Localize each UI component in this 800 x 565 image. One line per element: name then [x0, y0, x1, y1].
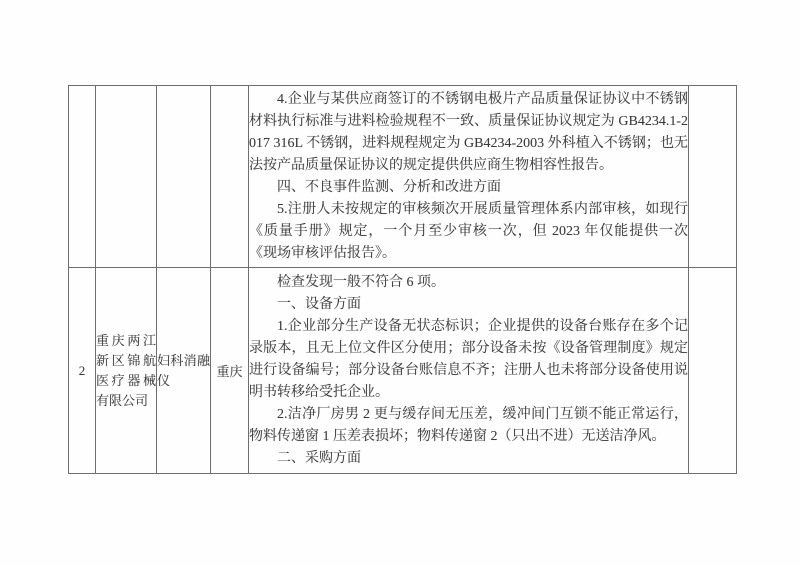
row2-region-cell: 重庆 [211, 268, 249, 474]
row2-index-cell: 2 [69, 268, 96, 474]
inspection-table-wrapper: 4.企业与某供应商签订的不锈钢电极片产品质量保证协议中不锈钢材料执行标准与进料检… [68, 85, 736, 473]
finding-paragraph: 5.注册人未按规定的审核频次开展质量管理体系内部审核，如现行《质量手册》规定，一… [249, 199, 688, 265]
row1-index-cell [69, 86, 96, 268]
finding-section-heading: 四、不良事件监测、分析和改进方面 [249, 177, 688, 199]
finding-paragraph: 4.企业与某供应商签订的不锈钢电极片产品质量保证协议中不锈钢材料执行标准与进料检… [249, 89, 688, 177]
document-page: 4.企业与某供应商签订的不锈钢电极片产品质量保证协议中不锈钢材料执行标准与进料检… [0, 0, 800, 565]
row2-findings-cell: 检查发现一般不符合 6 项。 一、设备方面 1.企业部分生产设备无状态标识；企业… [249, 268, 689, 474]
finding-section-heading: 一、设备方面 [249, 294, 688, 316]
row2-product-cell: 妇科消融仪 [157, 268, 211, 474]
table-row-entry-2: 2 重庆两江新区锦航医疗器械有限公司 妇科消融仪 重庆 检查发现一般不符合 6 … [69, 268, 737, 474]
finding-paragraph: 2.洁净厂房男 2 更与缓存间无压差，缓冲间门互锁不能正常运行，物料传递窗 1 … [249, 404, 688, 448]
row2-remark-cell [689, 268, 737, 474]
row1-region-cell [211, 86, 249, 268]
finding-summary: 检查发现一般不符合 6 项。 [249, 272, 688, 294]
row2-company-cell: 重庆两江新区锦航医疗器械有限公司 [96, 268, 157, 474]
row1-findings-cell: 4.企业与某供应商签订的不锈钢电极片产品质量保证协议中不锈钢材料执行标准与进料检… [249, 86, 689, 268]
row1-product-cell [157, 86, 211, 268]
table-row-continuation: 4.企业与某供应商签订的不锈钢电极片产品质量保证协议中不锈钢材料执行标准与进料检… [69, 86, 737, 268]
finding-section-heading: 二、采购方面 [249, 448, 688, 470]
row1-remark-cell [689, 86, 737, 268]
inspection-table: 4.企业与某供应商签订的不锈钢电极片产品质量保证协议中不锈钢材料执行标准与进料检… [68, 85, 737, 474]
row1-company-cell [96, 86, 157, 268]
finding-paragraph: 1.企业部分生产设备无状态标识；企业提供的设备台账存在多个记录版本，且无上位文件… [249, 316, 688, 404]
